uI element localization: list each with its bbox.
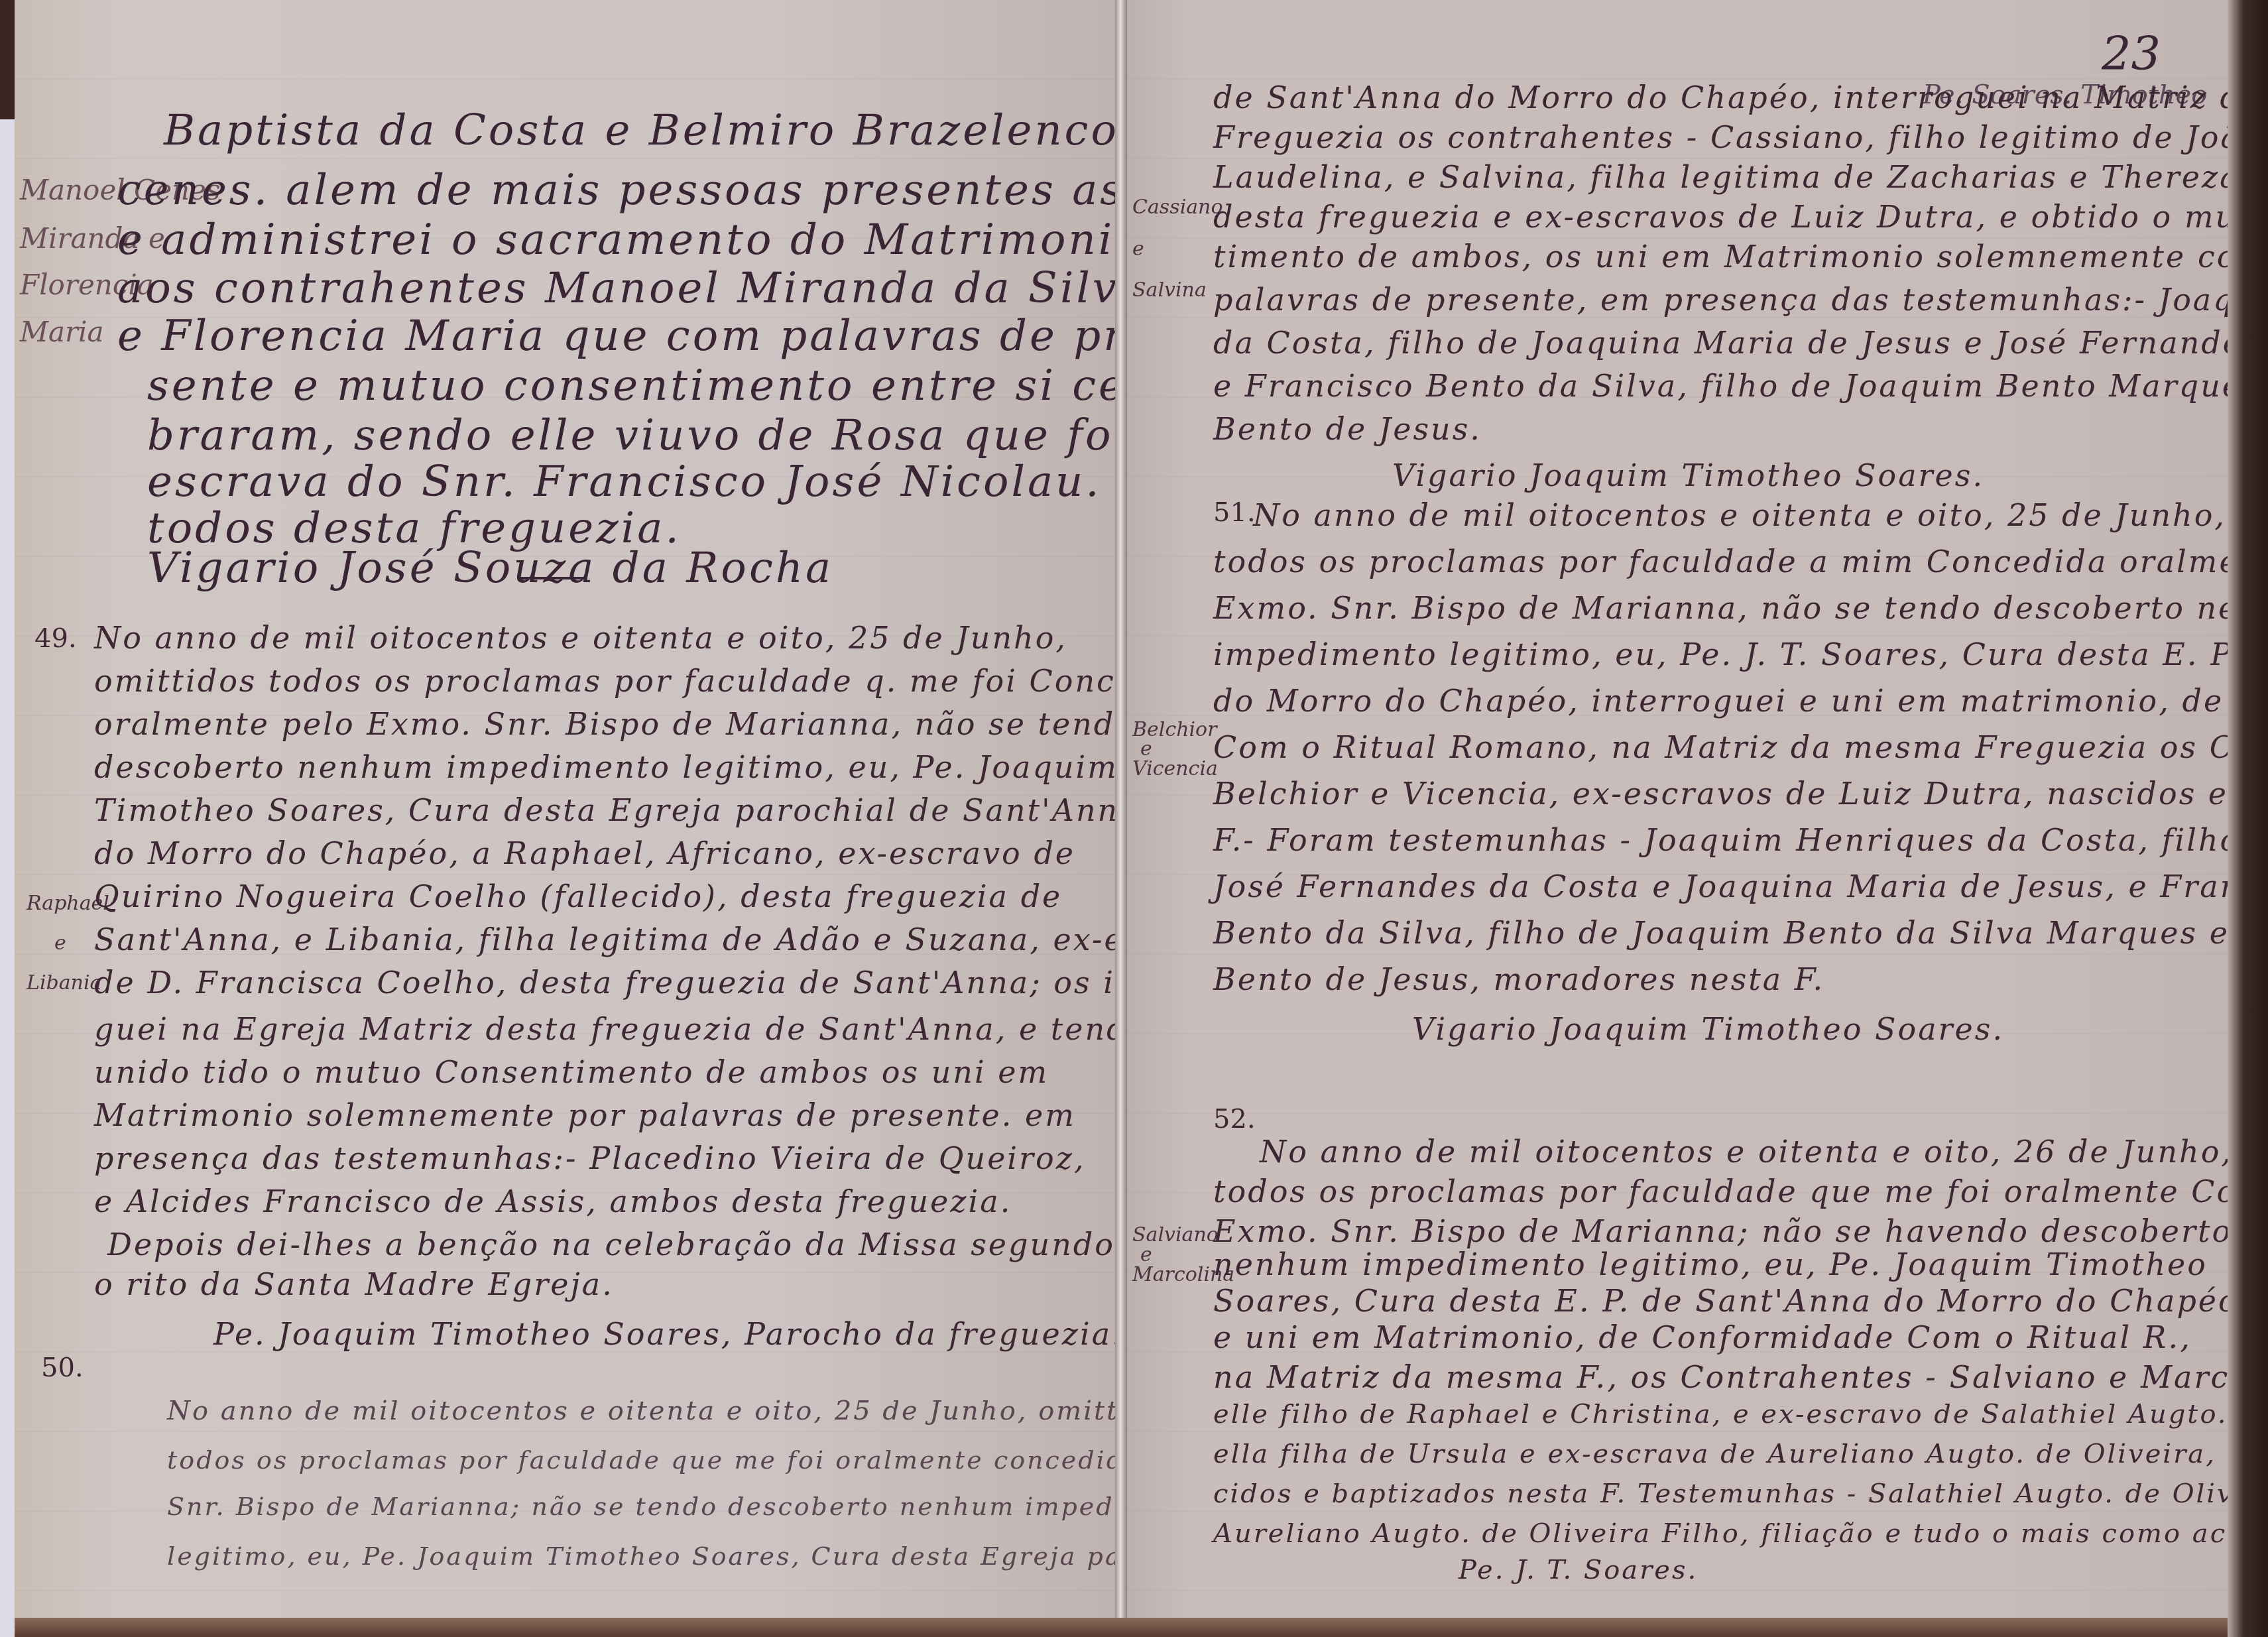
text-line: F.- Foram testemunhas - Joaquim Henrique… (1213, 822, 2228, 858)
margin-name: Cassiano (1132, 196, 1223, 219)
text-line: Aureliano Augto. de Oliveira Filho, fili… (1213, 1518, 2228, 1549)
text-line: Depois dei-lhes a benção na celebração d… (107, 1227, 1115, 1262)
text-line: e Francisco Bento da Silva, filho de Joa… (1213, 368, 2228, 404)
left-page: Manoel Cenes Miranda e Florencia Maria B… (15, 0, 1115, 1637)
text-line: Exmo. Snr. Bispo de Marianna; não se hav… (1213, 1213, 2228, 1249)
text-line: aos contrahentes Manoel Miranda da Silva (117, 264, 1115, 313)
margin-name: e (1132, 237, 1144, 261)
text-line: No anno de mil oitocentos e oitenta e oi… (167, 1396, 1115, 1426)
text-line: timento de ambos, os uni em Matrimonio s… (1213, 239, 2228, 274)
text-line: sente e mutuo consentimento entre si cel… (147, 361, 1115, 410)
text-line: da Costa, filho de Joaquina Maria de Jes… (1213, 325, 2228, 361)
margin-name: Vicencia (1132, 757, 1218, 780)
margin-name: Salvina (1132, 278, 1207, 302)
text-line: Matrimonio solemnemente por palavras de … (94, 1097, 1076, 1133)
book-gutter (1115, 0, 1127, 1637)
text-line: ella filha de Ursula e ex-escrava de Aur… (1213, 1439, 2228, 1469)
text-line: descoberto nenhum impedimento legitimo, … (94, 749, 1115, 785)
text-line: Timotheo Soares, Cura desta Egreja paroc… (94, 792, 1115, 828)
text-line: o rito da Santa Madre Egreja. (94, 1266, 614, 1302)
text-line: Exmo. Snr. Bispo de Marianna, não se ten… (1213, 590, 2228, 626)
text-line: No anno de mil oitocentos e oitenta e oi… (1260, 1134, 2228, 1170)
entry-divider (518, 577, 585, 579)
text-line: No anno de mil oitocentos e oitenta e oi… (94, 620, 1067, 656)
signature: Vigario José Souza da Rocha (147, 544, 833, 593)
text-line: Belchior e Vicencia, ex-escravos de Luiz… (1213, 776, 2228, 812)
text-line: braram, sendo elle viuvo de Rosa que foi (147, 411, 1115, 460)
text-line: e uni em Matrimonio, de Conformidade Com… (1213, 1319, 2192, 1355)
signature: Vigario Joaquim Timotheo Soares. (1412, 1011, 2004, 1047)
text-line: Bento da Silva, filho de Joaquim Bento d… (1213, 915, 2228, 951)
text-line: e Florencia Maria que com palavras de pr… (117, 312, 1115, 361)
text-line: nenhum impedimento legitimo, eu, Pe. Joa… (1213, 1246, 2208, 1282)
book-cover-corner (0, 0, 15, 119)
text-line: oralmente pelo Exmo. Snr. Bispo de Maria… (94, 706, 1115, 742)
text-line: cidos e baptizados nesta F. Testemunhas … (1213, 1479, 2228, 1509)
text-line: todos os proclamas por faculdade que me … (167, 1445, 1115, 1475)
signature: Vigario Joaquim Timotheo Soares. (1392, 457, 1984, 493)
text-line: José Fernandes da Costa e Joaquina Maria… (1213, 869, 2228, 904)
text-line: e administrei o sacramento do Matrimonio (117, 215, 1115, 265)
text-line: escrava do Snr. Francisco José Nicolau. … (147, 457, 1115, 507)
page-bottom-edge (15, 1618, 2228, 1637)
left-page-edge (0, 119, 15, 1637)
entry-number: 50. (41, 1353, 84, 1383)
text-line: omittidos todos os proclamas por faculda… (94, 663, 1115, 699)
text-line: Quirino Nogueira Coelho (fallecido), des… (94, 879, 1062, 914)
text-line: guei na Egreja Matriz desta freguezia de… (94, 1011, 1115, 1047)
text-line: do Morro do Chapéo, a Raphael, Africano,… (94, 835, 1075, 871)
text-line: de Sant'Anna do Morro do Chapéo, interro… (1213, 80, 2228, 115)
text-line: Baptista da Costa e Belmiro Brazelenco d… (164, 106, 1115, 155)
text-line: e Alcides Francisco de Assis, ambos dest… (94, 1183, 1012, 1219)
register-spread: Manoel Cenes Miranda e Florencia Maria B… (0, 0, 2268, 1637)
text-line: palavras de presente, em presença das te… (1213, 282, 2228, 318)
text-line: Sant'Anna, e Libania, filha legitima de … (94, 922, 1115, 957)
text-line: Laudelina, e Salvina, filha legitima de … (1213, 159, 2228, 195)
entry-number: 49. (34, 623, 77, 654)
entry-number: 52. (1213, 1104, 1256, 1134)
signature: Pe. J. T. Soares. (1459, 1555, 1698, 1585)
margin-name: Maria (20, 316, 104, 348)
text-line: de D. Francisca Coelho, desta freguezia … (94, 965, 1115, 1000)
page-number: 23 (2102, 27, 2161, 81)
text-line: unido tido o mutuo Consentimento de ambo… (94, 1054, 1049, 1090)
text-line: todos os proclamas por faculdade a mim C… (1213, 544, 2228, 579)
text-line: Bento de Jesus, moradores nesta F. (1213, 961, 1824, 997)
text-line: elle filho de Raphael e Christina, e ex-… (1213, 1399, 2228, 1429)
text-line: impedimento legitimo, eu, Pe. J. T. Soar… (1213, 637, 2228, 672)
text-line: na Matriz da mesma F., os Contrahentes -… (1213, 1359, 2228, 1395)
text-line: Com o Ritual Romano, na Matriz da mesma … (1213, 729, 2228, 765)
text-line: legitimo, eu, Pe. Joaquim Timotheo Soare… (167, 1542, 1115, 1571)
text-line: Freguezia os contrahentes - Cassiano, fi… (1213, 119, 2228, 155)
text-line: todos os proclamas por faculdade que me … (1213, 1174, 2228, 1209)
text-line: presença das testemunhas:- Placedino Vie… (94, 1140, 1086, 1176)
text-line: desta freguezia e ex-escravos de Luiz Du… (1213, 199, 2228, 235)
margin-name: Libania (27, 971, 101, 995)
book-right-edge (2228, 0, 2268, 1637)
text-line: Soares, Cura desta E. P. de Sant'Anna do… (1213, 1283, 2228, 1319)
text-line: No anno de mil oitocentos e oitenta e oi… (1253, 497, 2228, 533)
signature: Pe. Joaquim Timotheo Soares, Parocho da … (213, 1316, 1115, 1352)
text-line: do Morro do Chapéo, interroguei e uni em… (1213, 683, 2228, 719)
text-line: Bento de Jesus. (1213, 411, 1482, 447)
text-line: cenes. alem de mais pessoas presentes as… (117, 166, 1115, 215)
text-line: Snr. Bispo de Marianna; não se tendo des… (167, 1492, 1115, 1521)
right-page: 23 Pe. Soares. Timotheo Cassiano e Salvi… (1127, 0, 2228, 1637)
margin-name: e (54, 932, 66, 955)
entry-number: 51. (1213, 497, 1256, 528)
